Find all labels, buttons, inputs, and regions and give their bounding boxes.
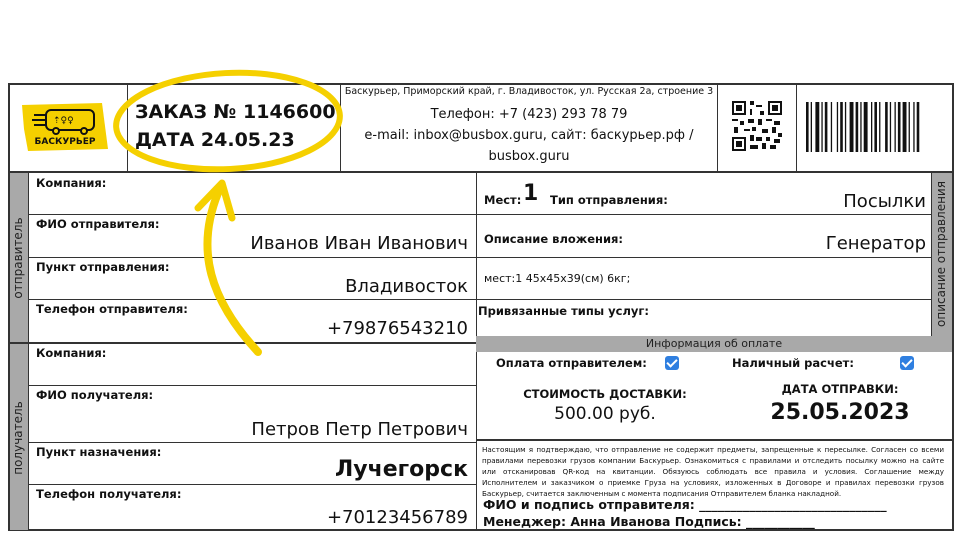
highlight-circle-annotation [0, 0, 960, 542]
